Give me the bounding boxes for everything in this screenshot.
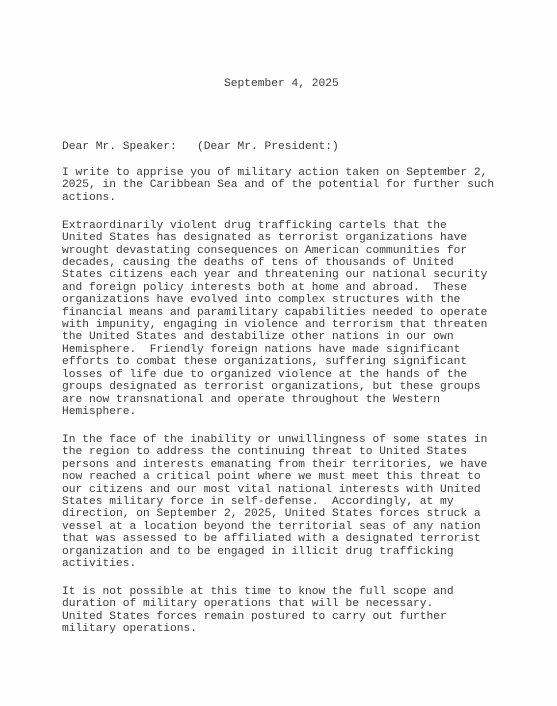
letter-paragraph: In the face of the inability or unwillin…	[62, 434, 542, 570]
letter-salutation: Dear Mr. Speaker: (Dear Mr. President:)	[62, 141, 339, 153]
letter-body: I write to apprise you of military actio…	[62, 167, 542, 651]
letter-paragraph: I write to apprise you of military actio…	[62, 167, 542, 204]
paragraph-line: efforts to combat these organizations, s…	[62, 356, 542, 368]
paragraph-line: actions.	[62, 192, 542, 204]
paragraph-line: activities.	[62, 558, 542, 570]
letter-paragraph: Extraordinarily violent drug trafficking…	[62, 220, 542, 419]
paragraph-line: decades, causing the deaths of tens of t…	[62, 257, 542, 269]
paragraph-line: groups designated as terrorist organizat…	[62, 381, 542, 393]
paragraph-line: losses of life due to organized violence…	[62, 369, 542, 381]
paragraph-line: with impunity, engaging in violence and …	[62, 319, 542, 331]
paragraph-line: In the face of the inability or unwillin…	[62, 434, 542, 446]
paragraph-line: Extraordinarily violent drug trafficking…	[62, 220, 542, 232]
letter-paragraph: It is not possible at this time to know …	[62, 586, 542, 636]
paragraph-line: vessel at a location beyond the territor…	[62, 521, 542, 533]
paragraph-line: United States forces remain postured to …	[62, 611, 542, 623]
paragraph-line: duration of military operations that wil…	[62, 598, 542, 610]
paragraph-line: persons and interests emanating from the…	[62, 459, 542, 471]
paragraph-line: States citizens each year and threatenin…	[62, 269, 542, 281]
letter-date: September 4, 2025	[224, 78, 339, 90]
paragraph-line: that was assessed to be affiliated with …	[62, 533, 542, 545]
paragraph-line: now reached a critical point where we mu…	[62, 471, 542, 483]
paragraph-line: United States has designated as terroris…	[62, 232, 542, 244]
paragraph-line: are now transnational and operate throug…	[62, 394, 542, 406]
paragraph-line: It is not possible at this time to know …	[62, 586, 542, 598]
paragraph-line: I write to apprise you of military actio…	[62, 167, 542, 179]
paragraph-line: States military force in self-defense. A…	[62, 496, 542, 508]
paragraph-line: military operations.	[62, 623, 542, 635]
paragraph-line: the United States and destabilize other …	[62, 331, 542, 343]
paragraph-line: organization and to be engaged in illici…	[62, 546, 542, 558]
paragraph-line: financial means and paramilitary capabil…	[62, 307, 542, 319]
paragraph-line: our citizens and our most vital national…	[62, 484, 542, 496]
paragraph-line: Hemisphere. Friendly foreign nations hav…	[62, 344, 542, 356]
paragraph-line: the region to address the continuing thr…	[62, 446, 542, 458]
paragraph-line: wrought devastating consequences on Amer…	[62, 245, 542, 257]
paragraph-line: Hemisphere.	[62, 406, 542, 418]
paragraph-line: and foreign policy interests both at hom…	[62, 282, 542, 294]
paragraph-line: direction, on September 2, 2025, United …	[62, 508, 542, 520]
paragraph-line: organizations have evolved into complex …	[62, 294, 542, 306]
paragraph-line: 2025, in the Caribbean Sea and of the po…	[62, 179, 542, 191]
letter-page: September 4, 2025 Dear Mr. Speaker: (Dea…	[0, 0, 557, 706]
